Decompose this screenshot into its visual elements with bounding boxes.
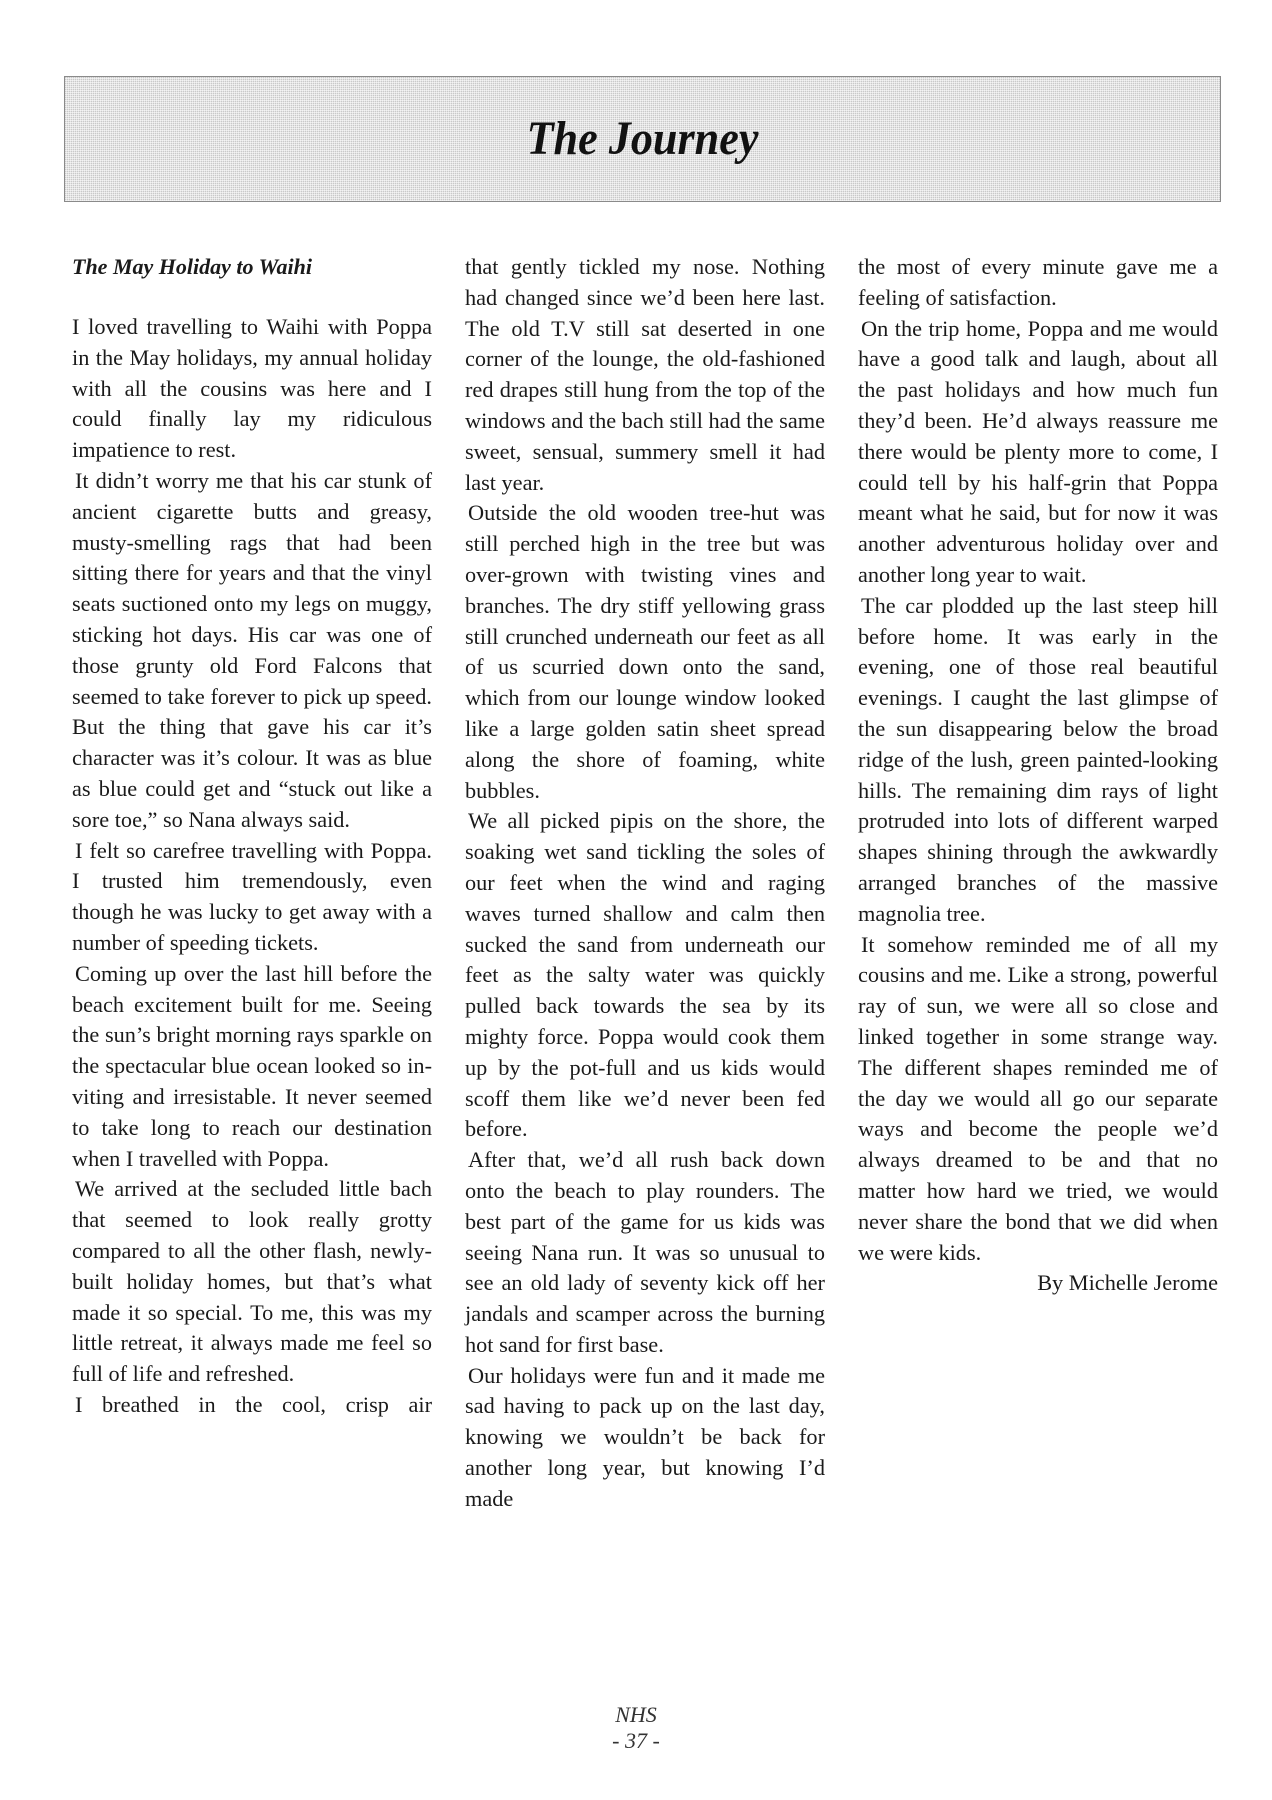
- article-column-1: The May Holiday to Waihi I loved travell…: [72, 252, 432, 1421]
- article-subtitle: The May Holiday to Waihi: [72, 252, 432, 282]
- paragraph: I loved travelling to Waihi with Poppa i…: [72, 312, 432, 466]
- paragraph: Outside the old wooden tree-hut was stil…: [465, 498, 825, 806]
- publication-name: NHS: [0, 1702, 1272, 1728]
- paragraph: that gently tickled my nose. Nothing had…: [465, 252, 825, 498]
- paragraph: The car plodded up the last steep hill b…: [858, 591, 1218, 930]
- title-banner: The Journey: [64, 76, 1221, 202]
- paragraph: We arrived at the secluded little bach t…: [72, 1174, 432, 1390]
- page-number: - 37 -: [0, 1728, 1272, 1754]
- page-title: The Journey: [111, 111, 1174, 166]
- page-footer: NHS - 37 -: [0, 1702, 1272, 1754]
- paragraph: On the trip home, Poppa and me would hav…: [858, 314, 1218, 591]
- article-column-2: that gently tickled my nose. Nothing had…: [465, 252, 825, 1515]
- paragraph: I breathed in the cool, crisp air: [72, 1390, 432, 1421]
- paragraph: We all picked pipis on the shore, the so…: [465, 806, 825, 1145]
- paragraph: It somehow reminded me of all my cousins…: [858, 930, 1218, 1269]
- paragraph: Our holidays were fun and it made me sad…: [465, 1361, 825, 1515]
- paragraph: It didn’t worry me that his car stunk of…: [72, 466, 432, 836]
- paragraph: Coming up over the last hill be­fore the…: [72, 959, 432, 1175]
- article-column-3: the most of every minute gave me a feeli…: [858, 252, 1218, 1299]
- paragraph: After that, we’d all rush back down onto…: [465, 1145, 825, 1361]
- author-byline: By Michelle Jerome: [858, 1268, 1218, 1299]
- paragraph: I felt so carefree travelling with Poppa…: [72, 836, 432, 959]
- paragraph: the most of every minute gave me a feeli…: [858, 252, 1218, 314]
